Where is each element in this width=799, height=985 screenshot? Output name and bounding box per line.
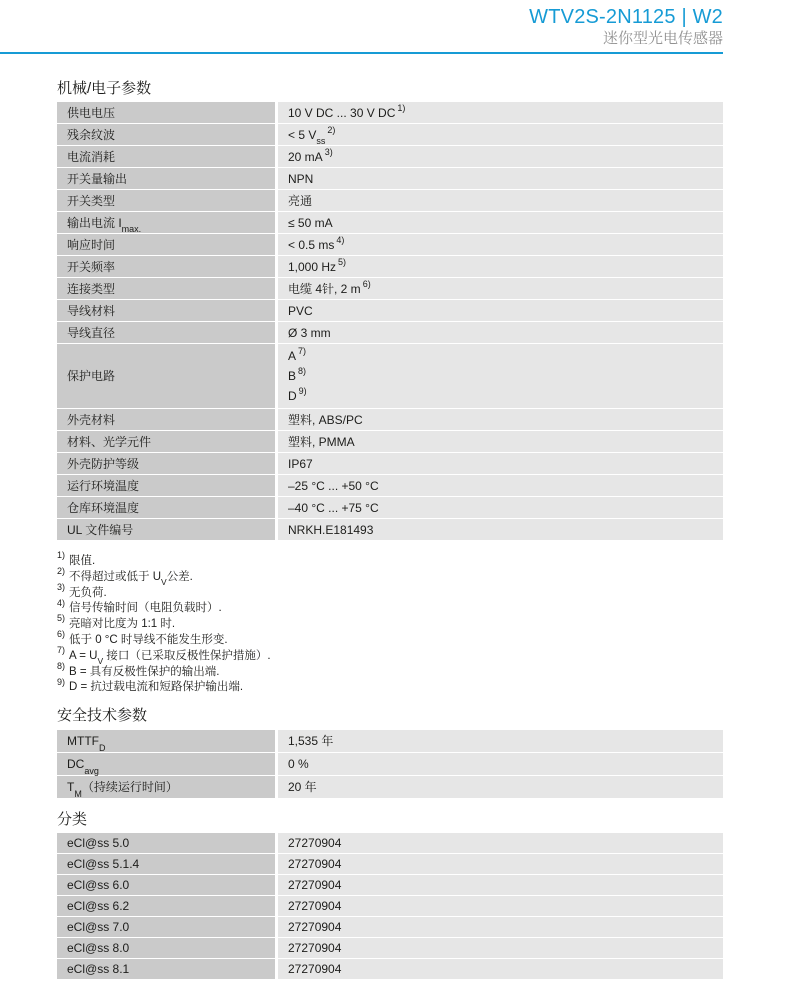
spec-value: –25 °C ... +50 °C xyxy=(278,475,723,496)
spec-label: 供电电压 xyxy=(57,102,275,123)
spec-row: 运行环境温度–25 °C ... +50 °C xyxy=(57,475,723,496)
spec-label: 导线材料 xyxy=(57,300,275,321)
spec-label: eCl@ss 5.0 xyxy=(57,833,275,853)
spec-row: eCl@ss 8.027270904 xyxy=(57,938,723,958)
footnote: 1)限值. xyxy=(57,554,723,570)
spec-value: 10 V DC ... 30 V DC1) xyxy=(278,102,723,123)
spec-row: UL 文件编号NRKH.E181493 xyxy=(57,519,723,540)
spec-value: 27270904 xyxy=(278,959,723,979)
footnote: 3)无负荷. xyxy=(57,586,723,602)
spec-value: ≤ 50 mA xyxy=(278,212,723,233)
spec-row: 开关频率1,000 Hz5) xyxy=(57,256,723,277)
spec-label: 开关频率 xyxy=(57,256,275,277)
spec-label: 响应时间 xyxy=(57,234,275,255)
spec-value: 27270904 xyxy=(278,917,723,937)
spec-value: < 0.5 ms4) xyxy=(278,234,723,255)
spec-row: 材料、光学元件塑料, PMMA xyxy=(57,431,723,452)
spec-row: DCavg0 % xyxy=(57,753,723,775)
spec-label: 导线直径 xyxy=(57,322,275,343)
spec-label: MTTFD xyxy=(57,730,275,752)
footnote: 6)低于 0 °C 时导线不能发生形变. xyxy=(57,633,723,649)
spec-row: eCl@ss 7.027270904 xyxy=(57,917,723,937)
spec-value: 20 年 xyxy=(278,776,723,798)
product-subtitle: 迷你型光电传感器 xyxy=(57,29,723,48)
spec-row: 供电电压10 V DC ... 30 V DC1) xyxy=(57,102,723,123)
spec-label: 开关量输出 xyxy=(57,168,275,189)
spec-row: 连接类型电缆 4针, 2 m6) xyxy=(57,278,723,299)
footnote-marker: 4) xyxy=(57,598,65,608)
spec-value: PVC xyxy=(278,300,723,321)
spec-label: 开关类型 xyxy=(57,190,275,211)
spec-row: MTTFD1,535 年 xyxy=(57,730,723,752)
section-title-classification: 分类 xyxy=(57,812,723,828)
footnote: 4)信号传输时间（电阻负载时）. xyxy=(57,601,723,617)
spec-label: eCl@ss 8.0 xyxy=(57,938,275,958)
spec-label: DCavg xyxy=(57,753,275,775)
page-content: 机械/电子参数 供电电压10 V DC ... 30 V DC1)残余纹波< 5… xyxy=(0,81,799,979)
spec-label: 材料、光学元件 xyxy=(57,431,275,452)
spec-value: 1,535 年 xyxy=(278,730,723,752)
spec-label: 外壳材料 xyxy=(57,409,275,430)
footnote: 2)不得超过或低于 UV公差. xyxy=(57,570,723,586)
page-title: WTV2S-2N1125 | W2 xyxy=(57,7,723,28)
spec-value: 27270904 xyxy=(278,896,723,916)
spec-label: 运行环境温度 xyxy=(57,475,275,496)
spec-value: NPN xyxy=(278,168,723,189)
spec-label: 保护电路 xyxy=(57,344,275,408)
spec-label: 外壳防护等级 xyxy=(57,453,275,474)
spec-value: 27270904 xyxy=(278,938,723,958)
spec-label: eCl@ss 8.1 xyxy=(57,959,275,979)
spec-label: 输出电流 Imax. xyxy=(57,212,275,233)
spec-value: 27270904 xyxy=(278,854,723,874)
mechanical-spec-table: 供电电压10 V DC ... 30 V DC1)残余纹波< 5 Vss2)电流… xyxy=(57,102,723,540)
footnote-marker: 3) xyxy=(57,582,65,592)
spec-value: 27270904 xyxy=(278,875,723,895)
spec-row: eCl@ss 5.1.427270904 xyxy=(57,854,723,874)
footnote-marker: 1) xyxy=(57,550,65,560)
datasheet-page: WTV2S-2N1125 | W2 迷你型光电传感器 机械/电子参数 供电电压1… xyxy=(0,0,799,985)
spec-row: 外壳材料塑料, ABS/PC xyxy=(57,409,723,430)
spec-label: 残余纹波 xyxy=(57,124,275,145)
section-classification: 分类 eCl@ss 5.027270904eCl@ss 5.1.42727090… xyxy=(57,812,723,979)
spec-label: eCl@ss 7.0 xyxy=(57,917,275,937)
spec-value: A7)B8)D9) xyxy=(278,344,723,408)
header-divider xyxy=(0,52,723,54)
section-safety: 安全技术参数 MTTFD1,535 年DCavg0 %TM（持续运行时间）20 … xyxy=(57,708,723,798)
footnotes-list: 1)限值.2)不得超过或低于 UV公差.3)无负荷.4)信号传输时间（电阻负载时… xyxy=(57,554,723,696)
spec-row: eCl@ss 8.127270904 xyxy=(57,959,723,979)
spec-row: 开关量输出NPN xyxy=(57,168,723,189)
spec-value: IP67 xyxy=(278,453,723,474)
footnote: 8)B = 具有反极性保护的输出端. xyxy=(57,665,723,681)
spec-row: 仓库环境温度–40 °C ... +75 °C xyxy=(57,497,723,518)
spec-value: NRKH.E181493 xyxy=(278,519,723,540)
spec-value: < 5 Vss2) xyxy=(278,124,723,145)
spec-value: 0 % xyxy=(278,753,723,775)
spec-value: 塑料, ABS/PC xyxy=(278,409,723,430)
footnote-marker: 8) xyxy=(57,661,65,671)
safety-spec-table: MTTFD1,535 年DCavg0 %TM（持续运行时间）20 年 xyxy=(57,730,723,798)
footnote: 5)亮暗对比度为 1:1 时. xyxy=(57,617,723,633)
footnote: 7)A = UV 接口（已采取反极性保护措施）. xyxy=(57,649,723,665)
spec-label: UL 文件编号 xyxy=(57,519,275,540)
spec-row: 输出电流 Imax.≤ 50 mA xyxy=(57,212,723,233)
footnote-marker: 5) xyxy=(57,613,65,623)
page-header: WTV2S-2N1125 | W2 迷你型光电传感器 xyxy=(0,0,799,48)
spec-row: 保护电路A7)B8)D9) xyxy=(57,344,723,408)
spec-row: 响应时间< 0.5 ms4) xyxy=(57,234,723,255)
footnote-marker: 6) xyxy=(57,629,65,639)
spec-value: 亮通 xyxy=(278,190,723,211)
spec-row: eCl@ss 5.027270904 xyxy=(57,833,723,853)
section-mechanical-electronic: 机械/电子参数 供电电压10 V DC ... 30 V DC1)残余纹波< 5… xyxy=(57,81,723,540)
spec-row: 残余纹波< 5 Vss2) xyxy=(57,124,723,145)
spec-row: 外壳防护等级IP67 xyxy=(57,453,723,474)
classification-table: eCl@ss 5.027270904eCl@ss 5.1.427270904eC… xyxy=(57,833,723,979)
footnote-marker: 2) xyxy=(57,566,65,576)
spec-row: 开关类型亮通 xyxy=(57,190,723,211)
spec-row: eCl@ss 6.027270904 xyxy=(57,875,723,895)
spec-value: 塑料, PMMA xyxy=(278,431,723,452)
spec-row: 电流消耗20 mA3) xyxy=(57,146,723,167)
spec-row: eCl@ss 6.227270904 xyxy=(57,896,723,916)
spec-label: eCl@ss 6.0 xyxy=(57,875,275,895)
section-title-mechanical: 机械/电子参数 xyxy=(57,81,723,97)
spec-value: –40 °C ... +75 °C xyxy=(278,497,723,518)
spec-label: TM（持续运行时间） xyxy=(57,776,275,798)
spec-label: 连接类型 xyxy=(57,278,275,299)
spec-row: TM（持续运行时间）20 年 xyxy=(57,776,723,798)
spec-value: 20 mA3) xyxy=(278,146,723,167)
spec-label: eCl@ss 5.1.4 xyxy=(57,854,275,874)
section-title-safety: 安全技术参数 xyxy=(57,708,723,724)
spec-row: 导线直径Ø 3 mm xyxy=(57,322,723,343)
footnote: 9)D = 抗过载电流和短路保护输出端. xyxy=(57,680,723,696)
spec-value: 1,000 Hz5) xyxy=(278,256,723,277)
spec-value: 27270904 xyxy=(278,833,723,853)
spec-row: 导线材料PVC xyxy=(57,300,723,321)
footnote-marker: 7) xyxy=(57,645,65,655)
spec-label: eCl@ss 6.2 xyxy=(57,896,275,916)
spec-label: 仓库环境温度 xyxy=(57,497,275,518)
footnote-marker: 9) xyxy=(57,677,65,687)
spec-value: 电缆 4针, 2 m6) xyxy=(278,278,723,299)
spec-value: Ø 3 mm xyxy=(278,322,723,343)
spec-label: 电流消耗 xyxy=(57,146,275,167)
